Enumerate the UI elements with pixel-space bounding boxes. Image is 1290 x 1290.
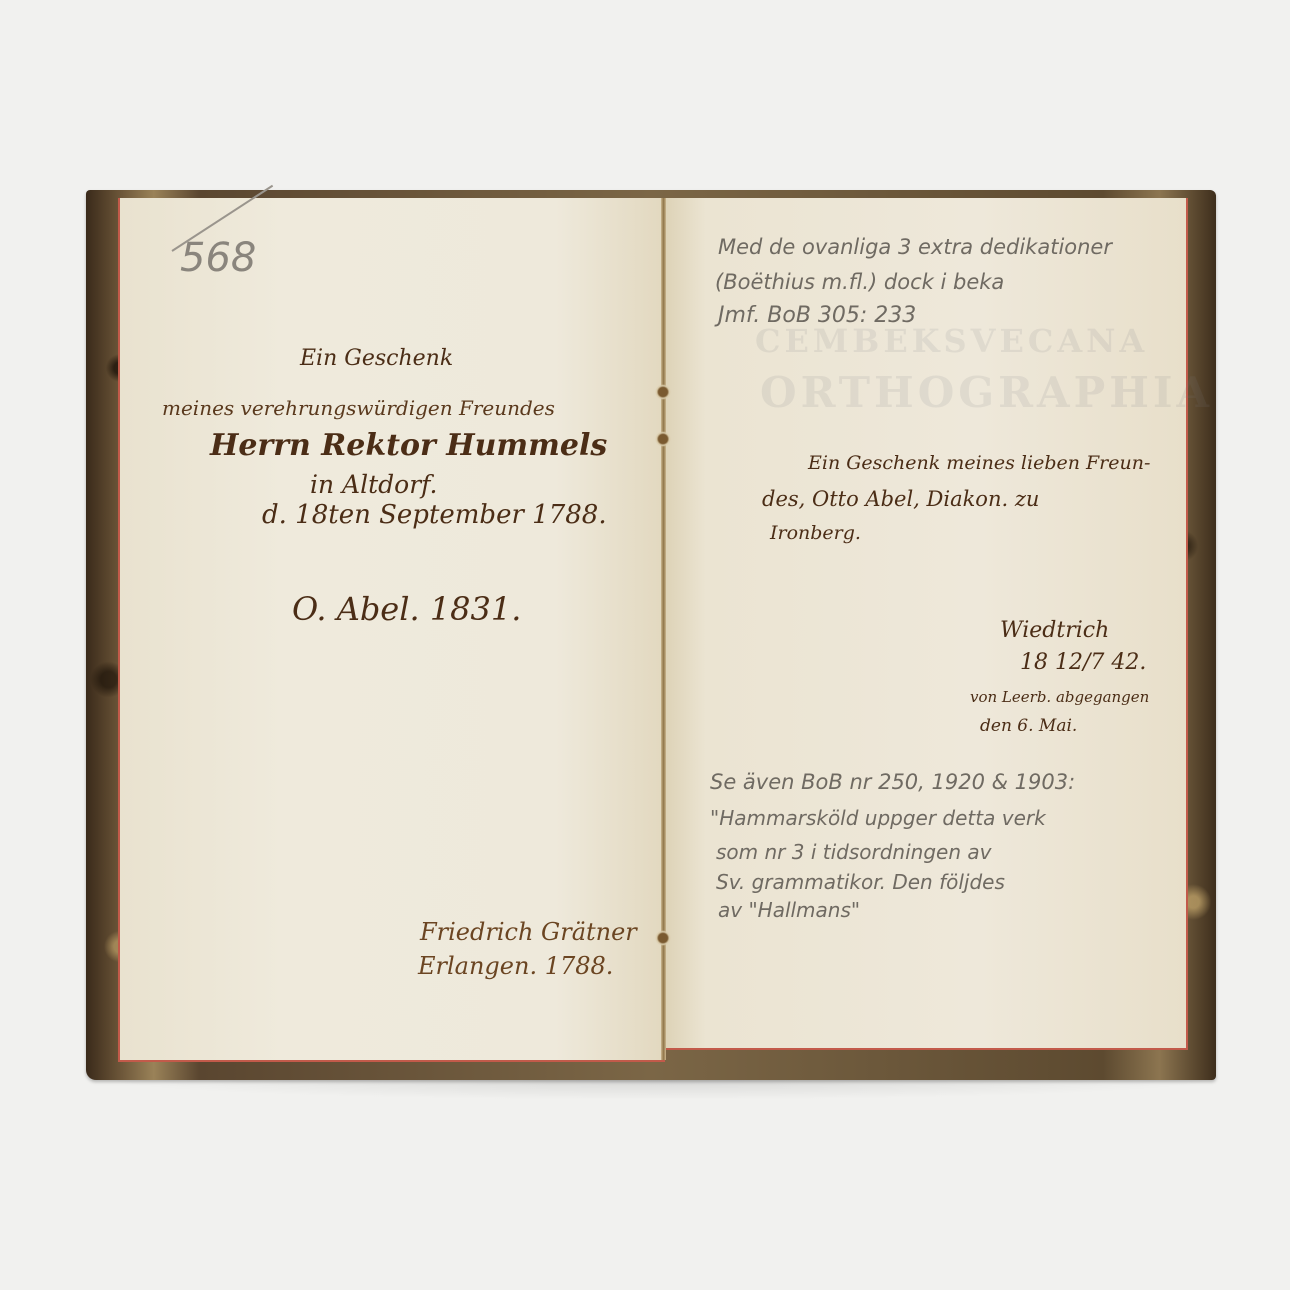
dedication-line-3: Herrn Rektor Hummels <box>210 428 607 463</box>
dedication-line-2: meines verehrungswürdigen Freundes <box>162 396 555 420</box>
signature-gratner-line-2: Erlangen. 1788. <box>418 952 613 980</box>
pencil-note-bottom-line-4: Sv. grammatikor. Den följdes <box>716 870 1005 894</box>
pencil-note-bottom-line-1: Se även BoB nr 250, 1920 & 1903: <box>710 770 1075 794</box>
ink-signature-line-3: von Leerb. abgegangen <box>970 688 1149 706</box>
dedication-line-5: d. 18ten September 1788. <box>262 500 607 530</box>
binding-stitch <box>655 431 671 447</box>
pencil-note-top-line-2: (Boëthius m.fl.) dock i beka <box>715 270 1004 294</box>
ink-signature-date: 18 12/7 42. <box>1020 650 1146 675</box>
pencil-note-bottom-line-2: "Hammarsköld uppger detta verk <box>710 806 1046 830</box>
pencil-shelf-number: 568 <box>180 235 256 281</box>
pencil-note-top-line-3: Jmf. BoB 305: 233 <box>718 303 916 328</box>
dedication-line-1: Ein Geschenk <box>300 346 453 371</box>
dedication-line-4: in Altdorf. <box>310 470 437 499</box>
signature-abel-1831: O. Abel. 1831. <box>292 590 521 628</box>
pencil-note-bottom-line-3: som nr 3 i tidsordningen av <box>716 840 991 864</box>
pencil-note-bottom-line-5: av "Hallmans" <box>718 898 860 922</box>
ink-note-line-2: des, Otto Abel, Diakon. zu <box>762 487 1039 511</box>
ink-signature-name: Wiedtrich <box>1000 618 1109 643</box>
ghost-title-line-2: ORTHOGRAPHIA <box>760 368 1213 417</box>
ink-signature-line-4: den 6. Mai. <box>980 716 1077 736</box>
binding-stitch <box>655 384 671 400</box>
binding-stitch <box>655 930 671 946</box>
ink-note-line-1: Ein Geschenk meines lieben Freun- <box>808 452 1150 474</box>
ink-note-line-3: Ironberg. <box>770 522 861 544</box>
pencil-note-top-line-1: Med de ovanliga 3 extra dedikationer <box>718 235 1112 259</box>
signature-gratner-line-1: Friedrich Grätner <box>420 918 637 946</box>
